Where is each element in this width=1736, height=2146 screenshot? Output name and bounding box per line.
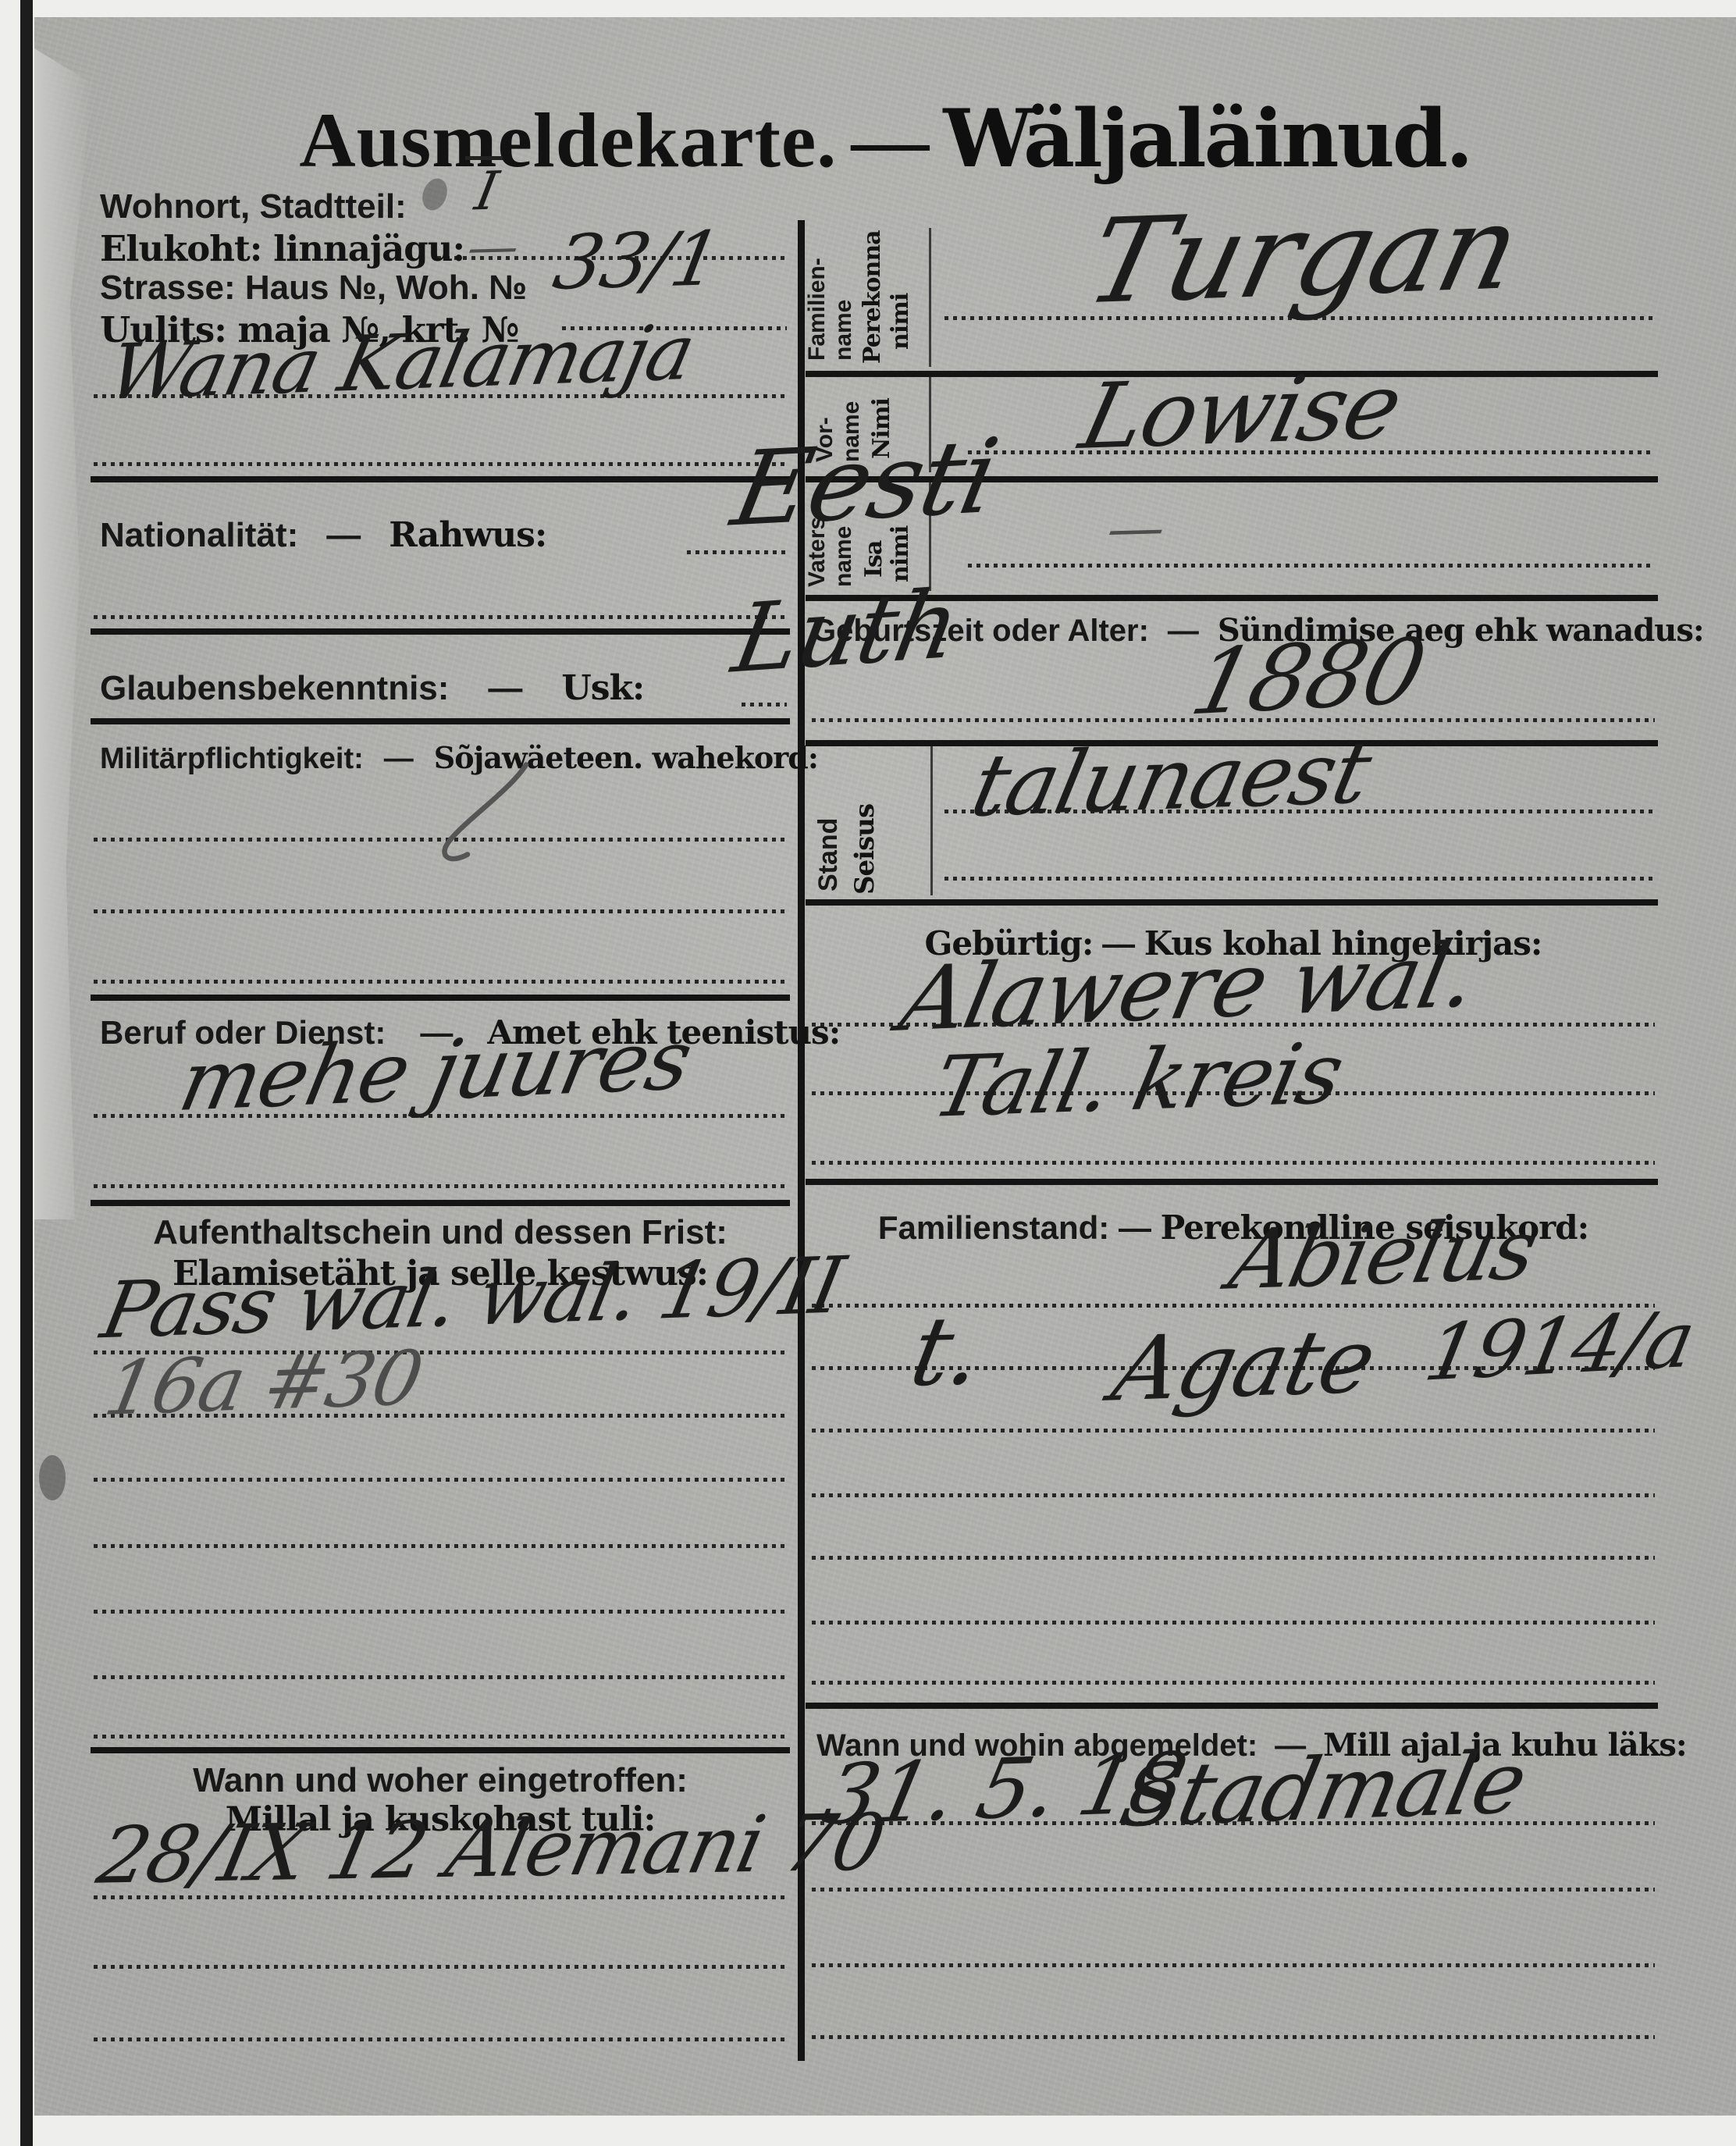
dotted-writing-line <box>944 877 1655 881</box>
section-rule-line <box>91 476 790 482</box>
dotted-writing-line <box>94 1735 787 1739</box>
side-label-surname-et1: Perekonna <box>859 230 886 364</box>
handwriting-family-note-name: Agate <box>1104 1308 1383 1421</box>
handwriting-origin-line2: Tall. kreis <box>925 1025 1351 1137</box>
dotted-writing-line <box>812 1963 1655 1967</box>
dotted-writing-line <box>94 1675 787 1679</box>
dotted-writing-line <box>812 1621 1655 1625</box>
dotted-writing-line <box>94 615 787 619</box>
label-dash: — <box>1119 1209 1151 1246</box>
title-estonian: Wäljaläinud. <box>943 92 1471 186</box>
handwriting-birth-year: 1880 <box>1182 619 1434 736</box>
label-dash: — <box>488 669 522 708</box>
handwriting-family-status: Abielus <box>1222 1201 1544 1308</box>
dotted-writing-line <box>687 550 787 554</box>
dotted-writing-line <box>94 1478 787 1482</box>
handwriting-surname: Turgan <box>1075 180 1531 331</box>
scanned-document-page: { "sep": "—", "title": { "german": "Ausm… <box>0 0 1736 2146</box>
handwriting-permit-line2: 16a #30 <box>98 1334 429 1432</box>
side-label-surname-de2: name <box>831 300 857 361</box>
handwriting-status: talunaest <box>963 722 1378 835</box>
section-rule-line <box>806 899 1658 906</box>
field-wohnort-label: Wohnort, Stadtteil: <box>100 187 407 226</box>
field-elukoht-label: Elukoht: linnajägu: <box>100 228 464 269</box>
dotted-writing-line <box>812 1493 1655 1497</box>
label-dash: — <box>1168 614 1199 649</box>
side-label-status-et: Seisus <box>849 804 880 895</box>
dotted-writing-line <box>812 1888 1655 1892</box>
title-german: Ausmeldekarte. <box>299 97 837 183</box>
section-rule-line <box>91 718 790 724</box>
handwriting-fathersname-dash: — <box>1102 494 1169 561</box>
handwriting-arrival: 28/IX 12 Alemani 70 <box>91 1796 892 1901</box>
label-dash: — <box>326 516 361 555</box>
section-rule-line <box>91 628 790 635</box>
label-column-separator-line <box>929 228 931 367</box>
dotted-writing-line <box>812 2035 1655 2039</box>
dotted-writing-line <box>812 1161 1655 1165</box>
handwriting-nationality: Eesti <box>724 417 1006 550</box>
field-nationality-label: Nationalität: — Rahwus: <box>100 515 546 555</box>
dotted-writing-line <box>812 1681 1655 1685</box>
handwriting-district-overline <box>465 156 503 160</box>
dotted-writing-line <box>968 564 1655 568</box>
side-label-surname-et2: nimi <box>887 294 914 350</box>
dotted-writing-line <box>812 1429 1655 1432</box>
ink-smudge <box>39 1455 66 1500</box>
side-label-fathersname-et1: Isa <box>860 541 888 578</box>
section-rule-line <box>91 1200 790 1206</box>
section-rule-line <box>91 1747 790 1753</box>
handwriting-family-note-year: 1914/a <box>1418 1294 1702 1398</box>
field-religion-label: Glaubensbekenntnis: — Usk: <box>100 668 644 708</box>
dotted-writing-line <box>742 703 787 706</box>
dotted-writing-line <box>94 980 787 984</box>
handwriting-religion: Luth <box>725 568 966 694</box>
dotted-writing-line <box>94 2037 787 2041</box>
handwriting-house-number: 33/1 <box>547 215 727 306</box>
card-title: Ausmeldekarte.—Wäljaläinud. <box>34 92 1736 186</box>
label-dash: — <box>384 742 414 776</box>
dotted-writing-line <box>94 1965 787 1969</box>
label-column-separator-line <box>930 746 933 895</box>
handwriting-departure-destination: Stadmale <box>1112 1732 1534 1846</box>
military-flourish-mark <box>425 759 542 868</box>
dotted-writing-line <box>94 909 787 913</box>
section-rule-line <box>91 995 790 1001</box>
dotted-writing-line <box>94 1544 787 1548</box>
section-rule-line <box>806 1703 1658 1709</box>
side-label-status-de: Stand <box>813 818 844 891</box>
dotted-writing-line <box>812 1556 1655 1560</box>
handwriting-firstname: Lowise <box>1072 354 1410 470</box>
scanner-edge-strip <box>20 0 33 2146</box>
title-separator: — <box>851 97 929 183</box>
dotted-writing-line <box>94 1610 787 1614</box>
handwriting-family-note-prefix: t. <box>903 1295 990 1408</box>
dotted-writing-line <box>94 462 787 466</box>
torn-paper-edge <box>34 48 92 1219</box>
section-rule-line <box>806 1179 1658 1185</box>
side-label-surname-de1: Familien- <box>804 258 831 361</box>
field-arrival-label-de: Wann und woher eingetroffen: <box>94 1761 787 1800</box>
registration-card: Ausmeldekarte.—Wäljaläinud. Wohnort, Sta… <box>34 17 1736 2116</box>
dotted-writing-line <box>94 1184 787 1188</box>
